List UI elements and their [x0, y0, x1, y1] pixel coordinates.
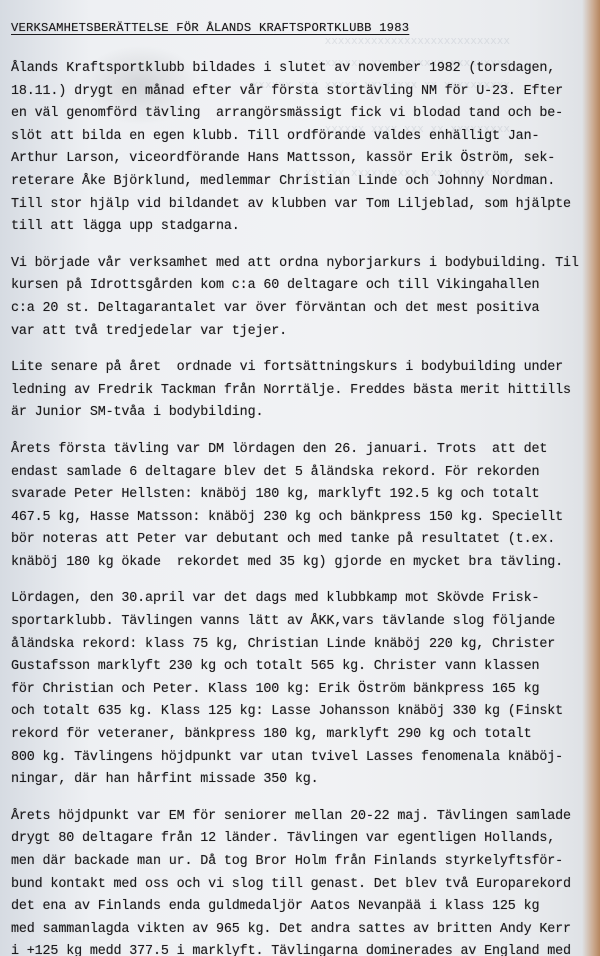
- text-line: bör noteras att Peter var debutant och m…: [11, 529, 596, 552]
- text-line: knäböj 180 kg ökade rekordet med 35 kg) …: [11, 552, 596, 575]
- text-line: Ålands Kraftsportklubb bildades i slutet…: [11, 58, 596, 81]
- paragraph: Ålands Kraftsportklubb bildades i slutet…: [11, 58, 596, 239]
- text-line: sportarklubb. Tävlingen vanns lätt av ÅK…: [11, 611, 596, 634]
- text-line: var att två tredjedelar var tjejer.: [11, 321, 596, 344]
- document-title: VERKSAMHETSBERÄTTELSE FÖR ÅLANDS KRAFTSP…: [11, 8, 596, 40]
- paragraph: Årets första tävling var DM lördagen den…: [11, 439, 596, 575]
- text-line: drygt 80 deltagare från 12 länder. Tävli…: [11, 828, 596, 851]
- text-line: ningar, där han hårfint missade 350 kg.: [11, 769, 596, 792]
- text-line: svarade Peter Hellsten: knäböj 180 kg, m…: [11, 484, 596, 507]
- paragraph: Årets höjdpunkt var EM för seniorer mell…: [11, 806, 596, 956]
- paragraph: Lördagen, den 30.april var det dags med …: [11, 588, 596, 791]
- text-line: Årets första tävling var DM lördagen den…: [11, 439, 596, 462]
- text-line: Årets höjdpunkt var EM för seniorer mell…: [11, 806, 596, 829]
- text-line: rekord för veteraner, bänkpress 180 kg, …: [11, 724, 596, 747]
- text-line: åländska rekord: klass 75 kg, Christian …: [11, 634, 596, 657]
- text-line: bund kontakt med oss och vi slog till ge…: [11, 874, 596, 897]
- text-line: 18.11.) drygt en månad efter vår första …: [11, 81, 596, 104]
- text-line: Arthur Larson, viceordförande Hans Matts…: [11, 148, 596, 171]
- paragraph: Lite senare på året ordnade vi fortsättn…: [11, 357, 596, 425]
- text-line: och totalt 635 kg. Klass 125 kg: Lasse J…: [11, 701, 596, 724]
- text-line: Gustafsson marklyft 230 kg och totalt 56…: [11, 656, 596, 679]
- text-line: med sammanlagda vikten av 965 kg. Det an…: [11, 919, 596, 942]
- text-line: Lördagen, den 30.april var det dags med …: [11, 588, 596, 611]
- text-line: reterare Åke Björklund, medlemmar Christ…: [11, 171, 596, 194]
- text-line: Vi började vår verksamhet med att ordna …: [11, 253, 596, 276]
- text-line: 467.5 kg, Hasse Matsson: knäböj 230 kg o…: [11, 507, 596, 530]
- text-line: men där backade man ur. Då tog Bror Holm…: [11, 851, 596, 874]
- text-line: Till stor hjälp vid bildandet av klubben…: [11, 194, 596, 217]
- scanned-page: xxxxxxxxxxxxxxxxxxxxxxxxxxxx xxxxxxxxx x…: [0, 0, 600, 956]
- text-line: för Christian och Peter. Klass 100 kg: E…: [11, 679, 596, 702]
- document-body: Ålands Kraftsportklubb bildades i slutet…: [11, 58, 596, 956]
- paragraph: Vi började vår verksamhet med att ordna …: [11, 253, 596, 343]
- text-line: kursen på Idrottsgården kom c:a 60 delta…: [11, 275, 596, 298]
- text-line: ledning av Fredrik Tackman från Norrtälj…: [11, 380, 596, 403]
- text-line: slöt att bilda en egen klubb. Till ordfö…: [11, 126, 596, 149]
- typewritten-document: VERKSAMHETSBERÄTTELSE FÖR ÅLANDS KRAFTSP…: [11, 8, 596, 956]
- text-line: en väl genomförd tävling arrangörsmässig…: [11, 103, 596, 126]
- text-line: till att lägga upp stadgarna.: [11, 216, 596, 239]
- text-line: c:a 20 st. Deltagarantalet var över förv…: [11, 298, 596, 321]
- text-line: 800 kg. Tävlingens höjdpunkt var utan tv…: [11, 747, 596, 770]
- text-line: endast samlade 6 deltagare blev det 5 ål…: [11, 462, 596, 485]
- text-line: det ena av Finlands enda guldmedaljör Aa…: [11, 896, 596, 919]
- text-line: är Junior SM-tvåa i bodybilding.: [11, 402, 596, 425]
- text-line: Lite senare på året ordnade vi fortsättn…: [11, 357, 596, 380]
- text-line: i +125 kg medd 377.5 i marklyft. Tävling…: [11, 941, 596, 956]
